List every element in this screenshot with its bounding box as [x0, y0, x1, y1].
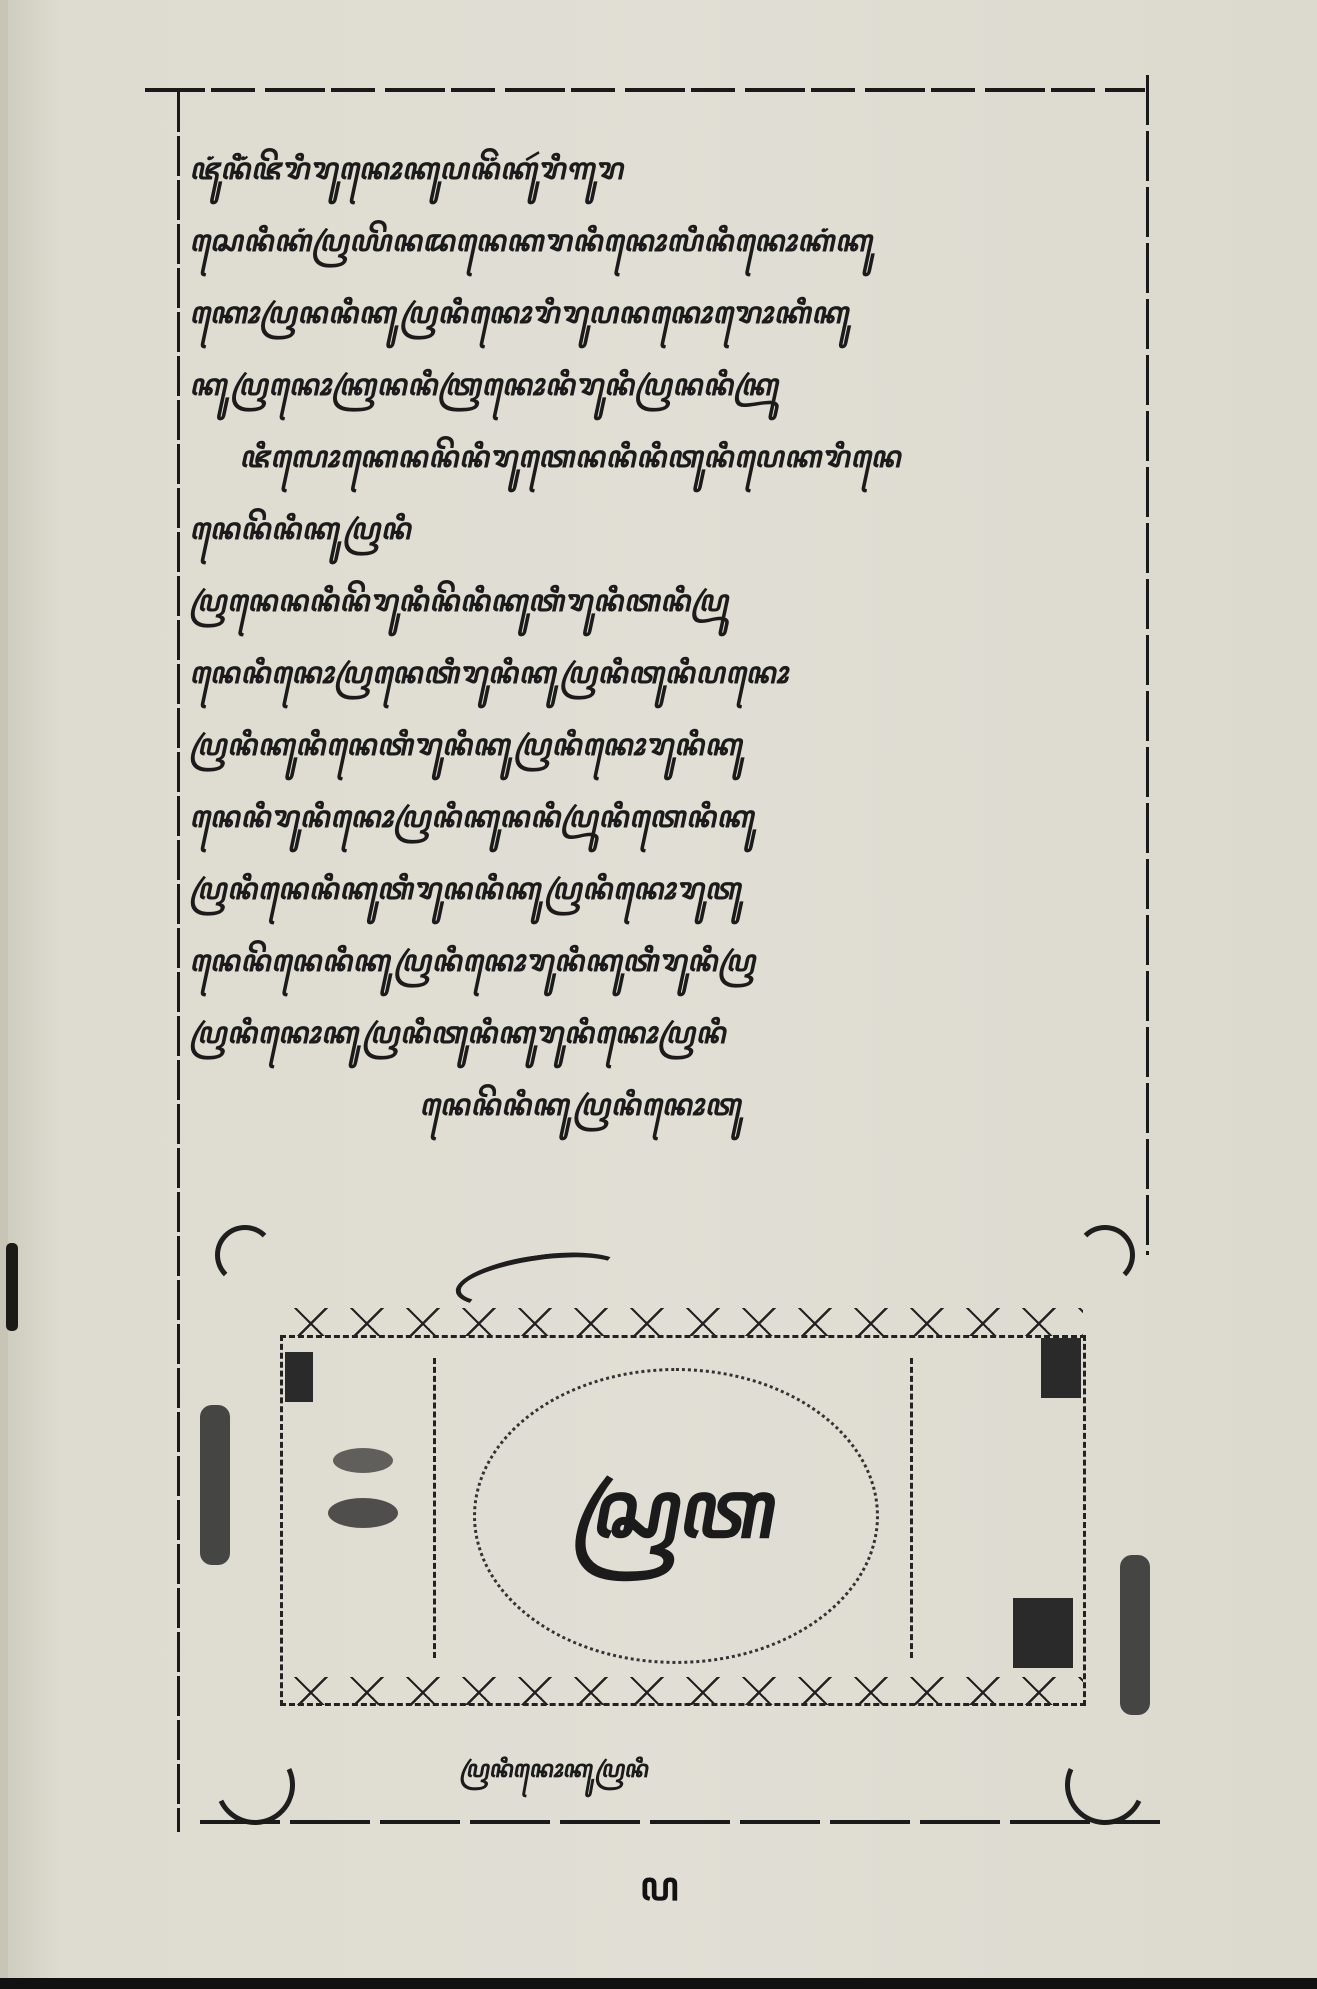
- script-text: ꦗꦶꦭꦺꦴꦏꦺꦤꦤꦼꦤꦶꦫꦸꦠꦺꦤꦤꦶꦤꦶꦠꦸꦤꦶꦥꦺꦏꦫꦶꦤꦺ: [234, 434, 909, 495]
- spine-edge: [0, 0, 8, 1989]
- title-text: ꦱꦿꦠ: [499, 1448, 848, 1611]
- script-text: ꦏꦸꦥꦿꦤꦺꦴꦏꦿꦤꦤꦶꦠꦿꦤꦺꦴꦤꦶꦫꦸꦤꦶꦥꦿꦤꦤꦶꦏꦿꦸ: [190, 362, 786, 423]
- script-text: ꦤꦺꦤꦼꦤꦶꦏꦸꦥꦿꦤꦶꦤꦺꦴꦠꦸ: [414, 1082, 749, 1143]
- page-border-right: [1146, 75, 1149, 1255]
- script-text: ꦤꦺꦤꦶꦫꦸꦤꦶꦤꦺꦴꦥꦿꦤꦶꦏꦸꦤꦤꦶꦥꦿꦸꦤꦶꦠꦺꦤꦶꦏꦸ: [190, 794, 761, 855]
- page-number: ꦥ: [640, 1855, 679, 1937]
- script-text: ꦤꦺꦤꦶꦤꦺꦴꦥꦿꦤꦺꦠꦶꦫꦸꦤꦶꦏꦸꦥꦿꦤꦶꦠꦸꦤꦶꦥꦤꦺꦴ: [190, 650, 796, 711]
- text-line: ꦤꦺꦤꦼꦤꦶꦏꦸꦥꦿꦤꦶ: [190, 500, 1145, 572]
- floral-panel-right: [910, 1358, 1073, 1658]
- script-text: ꦥꦿꦤꦶꦤꦺꦴꦏꦸꦥꦿꦤꦶꦠꦸꦤꦶꦏꦸꦫꦸꦤꦶꦤꦺꦴꦥꦿꦤꦶ: [190, 1010, 733, 1071]
- body-text: ꦗꦸꦁꦤꦶꦁꦗꦼꦫꦶꦫꦸꦤꦺꦴꦏꦸꦥꦤꦼꦁꦏꦸꦂꦫꦶꦒꦸꦫ ꦱꦺꦤꦶꦏꦁꦥꦿꦪꦼ…: [190, 140, 1145, 1148]
- script-text: ꦏꦺꦴꦥꦿꦤꦤꦶꦏꦸꦥꦿꦤꦶꦤꦺꦴꦫꦶꦫꦸꦥꦤꦤꦺꦴꦫꦺꦴꦏꦶꦏꦸ: [190, 290, 856, 351]
- page-border-left: [177, 92, 180, 1832]
- scroll-ornament-icon: [215, 1225, 275, 1285]
- corner-block: [285, 1352, 313, 1402]
- script-text: ꦱꦺꦤꦶꦏꦁꦥꦿꦪꦼꦤꦢꦤꦺꦏꦫꦤꦶꦤꦺꦴꦭꦶꦤꦶꦤꦺꦴꦏꦁꦏꦸ: [190, 218, 880, 279]
- text-line: ꦤꦺꦤꦶꦤꦺꦴꦥꦿꦤꦺꦠꦶꦫꦸꦤꦶꦏꦸꦥꦿꦤꦶꦠꦸꦤꦶꦥꦤꦺꦴ: [190, 644, 1145, 716]
- text-line: ꦗꦶꦭꦺꦴꦏꦺꦤꦤꦼꦤꦶꦫꦸꦠꦺꦤꦤꦶꦤꦶꦠꦸꦤꦶꦥꦺꦏꦫꦶꦤꦺ: [190, 428, 1145, 500]
- text-line: ꦥꦿꦤꦶꦤꦺꦴꦏꦸꦥꦿꦤꦶꦠꦸꦤꦶꦏꦸꦫꦸꦤꦶꦤꦺꦴꦥꦿꦤꦶ: [190, 1004, 1145, 1076]
- page-border-top: [145, 88, 1145, 92]
- text-line: ꦤꦺꦤꦶꦫꦸꦤꦶꦤꦺꦴꦥꦿꦤꦶꦏꦸꦤꦤꦶꦥꦿꦸꦤꦶꦠꦺꦤꦶꦏꦸ: [190, 788, 1145, 860]
- leaf-icon: [328, 1498, 398, 1528]
- script-text: ꦤꦺꦤꦼꦤꦺꦤꦶꦏꦸꦥꦿꦤꦶꦤꦺꦴꦫꦸꦤꦶꦏꦸꦠꦶꦫꦸꦤꦶꦥꦿ: [190, 938, 763, 999]
- text-line: ꦤꦺꦤꦼꦤꦶꦏꦸꦥꦿꦤꦶꦤꦺꦴꦠꦸ: [190, 1076, 1145, 1148]
- zigzag-border: [283, 1677, 1083, 1705]
- text-line: ꦥꦿꦤꦶꦏꦸꦤꦶꦤꦺꦠꦶꦫꦸꦤꦶꦏꦸꦥꦿꦤꦶꦤꦺꦴꦫꦸꦤꦶꦏꦸ: [190, 716, 1145, 788]
- text-line: ꦗꦸꦁꦤꦶꦁꦗꦼꦫꦶꦫꦸꦤꦺꦴꦏꦸꦥꦤꦼꦁꦏꦸꦂꦫꦶꦒꦸꦫ: [190, 140, 1145, 212]
- scroll-ornament-icon: [1075, 1225, 1135, 1285]
- binding-mark: [6, 1243, 18, 1331]
- page-border-bottom: [200, 1820, 1160, 1824]
- script-text: ꦥꦿꦤꦶꦏꦸꦤꦶꦤꦺꦠꦶꦫꦸꦤꦶꦏꦸꦥꦿꦤꦶꦤꦺꦴꦫꦸꦤꦶꦏꦸ: [190, 722, 749, 783]
- zigzag-border: [283, 1308, 1083, 1336]
- title-cartouche: ꦱꦿꦠ: [280, 1335, 1086, 1706]
- text-line: ꦏꦸꦥꦿꦤꦺꦴꦏꦿꦤꦤꦶꦠꦿꦤꦺꦴꦤꦶꦫꦸꦤꦶꦥꦿꦤꦤꦶꦏꦿꦸ: [190, 356, 1145, 428]
- text-line: ꦤꦺꦤꦼꦤꦺꦤꦶꦏꦸꦥꦿꦤꦶꦤꦺꦴꦫꦸꦤꦶꦏꦸꦠꦶꦫꦸꦤꦶꦥꦿ: [190, 932, 1145, 1004]
- leaf-ornament-icon: [1120, 1555, 1150, 1715]
- floral-panel-left: [293, 1358, 436, 1658]
- text-line: ꦥꦿꦤꦶꦤꦺꦤꦶꦏꦸꦠꦶꦫꦸꦤꦤꦶꦏꦸꦥꦿꦤꦶꦤꦺꦴꦫꦸꦠꦸ: [190, 860, 1145, 932]
- text-line: ꦱꦺꦤꦶꦏꦁꦥꦿꦪꦼꦤꦢꦤꦺꦏꦫꦤꦶꦤꦺꦴꦭꦶꦤꦶꦤꦺꦴꦏꦁꦏꦸ: [190, 212, 1145, 284]
- script-text: ꦥꦿꦤꦺꦤꦤꦶꦤꦼꦫꦸꦤꦶꦤꦼꦤꦶꦏꦸꦠꦶꦫꦸꦤꦶꦠꦤꦶꦥꦿꦸ: [190, 578, 736, 639]
- corner-block: [1013, 1598, 1073, 1668]
- text-line: ꦏꦺꦴꦥꦿꦤꦤꦶꦏꦸꦥꦿꦤꦶꦤꦺꦴꦫꦶꦫꦸꦥꦤꦤꦺꦴꦫꦺꦴꦏꦶꦏꦸ: [190, 284, 1145, 356]
- corner-block: [1041, 1338, 1081, 1398]
- scroll-ornament-icon: [452, 1243, 627, 1316]
- leaf-ornament-icon: [200, 1405, 230, 1565]
- leaf-icon: [333, 1448, 393, 1473]
- text-line: ꦥꦿꦤꦺꦤꦤꦶꦤꦼꦫꦸꦤꦶꦤꦼꦤꦶꦏꦸꦠꦶꦫꦸꦤꦶꦠꦤꦶꦥꦿꦸ: [190, 572, 1145, 644]
- script-text: ꦗꦸꦁꦤꦶꦁꦗꦼꦫꦶꦫꦸꦤꦺꦴꦏꦸꦥꦤꦼꦁꦏꦸꦂꦫꦶꦒꦸꦫ: [190, 146, 631, 207]
- title-caption: ꦥꦿꦤꦶꦤꦺꦴꦏꦸꦥꦿꦤꦶ: [456, 1750, 865, 1799]
- scan-edge-shadow: [0, 1978, 1317, 1989]
- script-text: ꦥꦿꦤꦶꦤꦺꦤꦶꦏꦸꦠꦶꦫꦸꦤꦤꦶꦏꦸꦥꦿꦤꦶꦤꦺꦴꦫꦸꦠꦸ: [190, 866, 748, 927]
- script-text: ꦤꦺꦤꦼꦤꦶꦏꦸꦥꦿꦤꦶ: [190, 506, 418, 567]
